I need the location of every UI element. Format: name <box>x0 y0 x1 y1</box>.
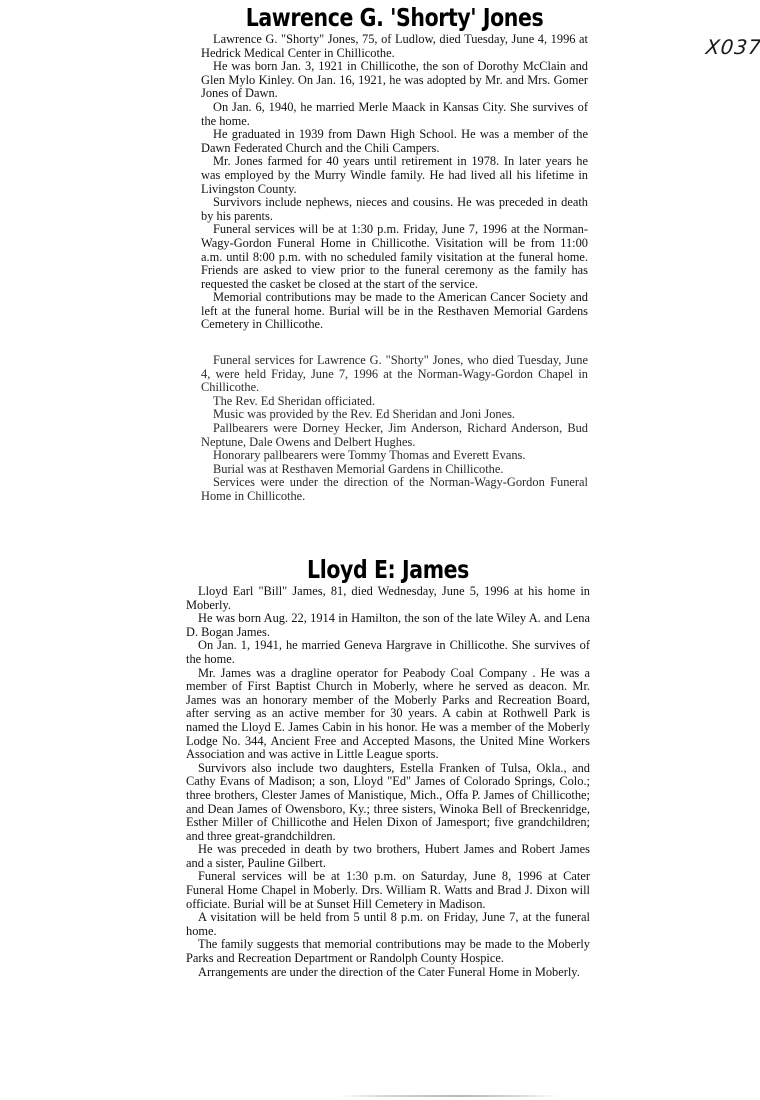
paragraph: The family suggests that memorial contri… <box>186 938 590 965</box>
paragraph: Survivors also include two daughters, Es… <box>186 762 590 844</box>
obituary-headline: Lawrence G. 'Shorty' Jones <box>236 4 553 32</box>
scan-artifact-line <box>340 1095 560 1097</box>
obituary-headline: Lloyd E: James <box>222 556 553 584</box>
paragraph: Pallbearers were Dorney Hecker, Jim Ande… <box>201 422 588 449</box>
obituary-james: Lloyd E: James Lloyd Earl "Bill" James, … <box>186 556 590 979</box>
paragraph: He was born Jan. 3, 1921 in Chillicothe,… <box>201 60 588 101</box>
paragraph: The Rev. Ed Sheridan officiated. <box>201 395 588 409</box>
obituary-jones: Lawrence G. 'Shorty' Jones Lawrence G. "… <box>201 4 588 504</box>
paragraph: Lloyd Earl "Bill" James, 81, died Wednes… <box>186 585 590 612</box>
paragraph: Services were under the direction of the… <box>201 476 588 503</box>
paragraph: Survivors include nephews, nieces and co… <box>201 196 588 223</box>
paragraph: On Jan. 6, 1940, he married Merle Maack … <box>201 101 588 128</box>
paragraph: He was born Aug. 22, 1914 in Hamilton, t… <box>186 612 590 639</box>
paragraph: Mr. Jones farmed for 40 years until reti… <box>201 155 588 196</box>
paragraph: Burial was at Resthaven Memorial Gardens… <box>201 463 588 477</box>
paragraph: He was preceded in death by two brothers… <box>186 843 590 870</box>
paragraph: On Jan. 1, 1941, he married Geneva Hargr… <box>186 639 590 666</box>
obituary-body: Lloyd Earl "Bill" James, 81, died Wednes… <box>186 585 590 979</box>
archive-id-annotation: X037 <box>705 35 760 59</box>
paragraph: Mr. James was a dragline operator for Pe… <box>186 667 590 762</box>
funeral-notice-addendum: Funeral services for Lawrence G. "Shorty… <box>201 354 588 504</box>
paragraph: A visitation will be held from 5 until 8… <box>186 911 590 938</box>
paragraph: Arrangements are under the direction of … <box>186 966 590 980</box>
scanned-page: X037 Lawrence G. 'Shorty' Jones Lawrence… <box>0 0 760 1100</box>
paragraph: Lawrence G. "Shorty" Jones, 75, of Ludlo… <box>201 33 588 60</box>
paragraph: Funeral services for Lawrence G. "Shorty… <box>201 354 588 395</box>
obituary-body: Lawrence G. "Shorty" Jones, 75, of Ludlo… <box>201 33 588 332</box>
paragraph: Funeral services will be at 1:30 p.m. on… <box>186 870 590 911</box>
paragraph: He graduated in 1939 from Dawn High Scho… <box>201 128 588 155</box>
paragraph: Honorary pallbearers were Tommy Thomas a… <box>201 449 588 463</box>
paragraph: Funeral services will be at 1:30 p.m. Fr… <box>201 223 588 291</box>
paragraph: Music was provided by the Rev. Ed Sherid… <box>201 408 588 422</box>
paragraph: Memorial contributions may be made to th… <box>201 291 588 332</box>
